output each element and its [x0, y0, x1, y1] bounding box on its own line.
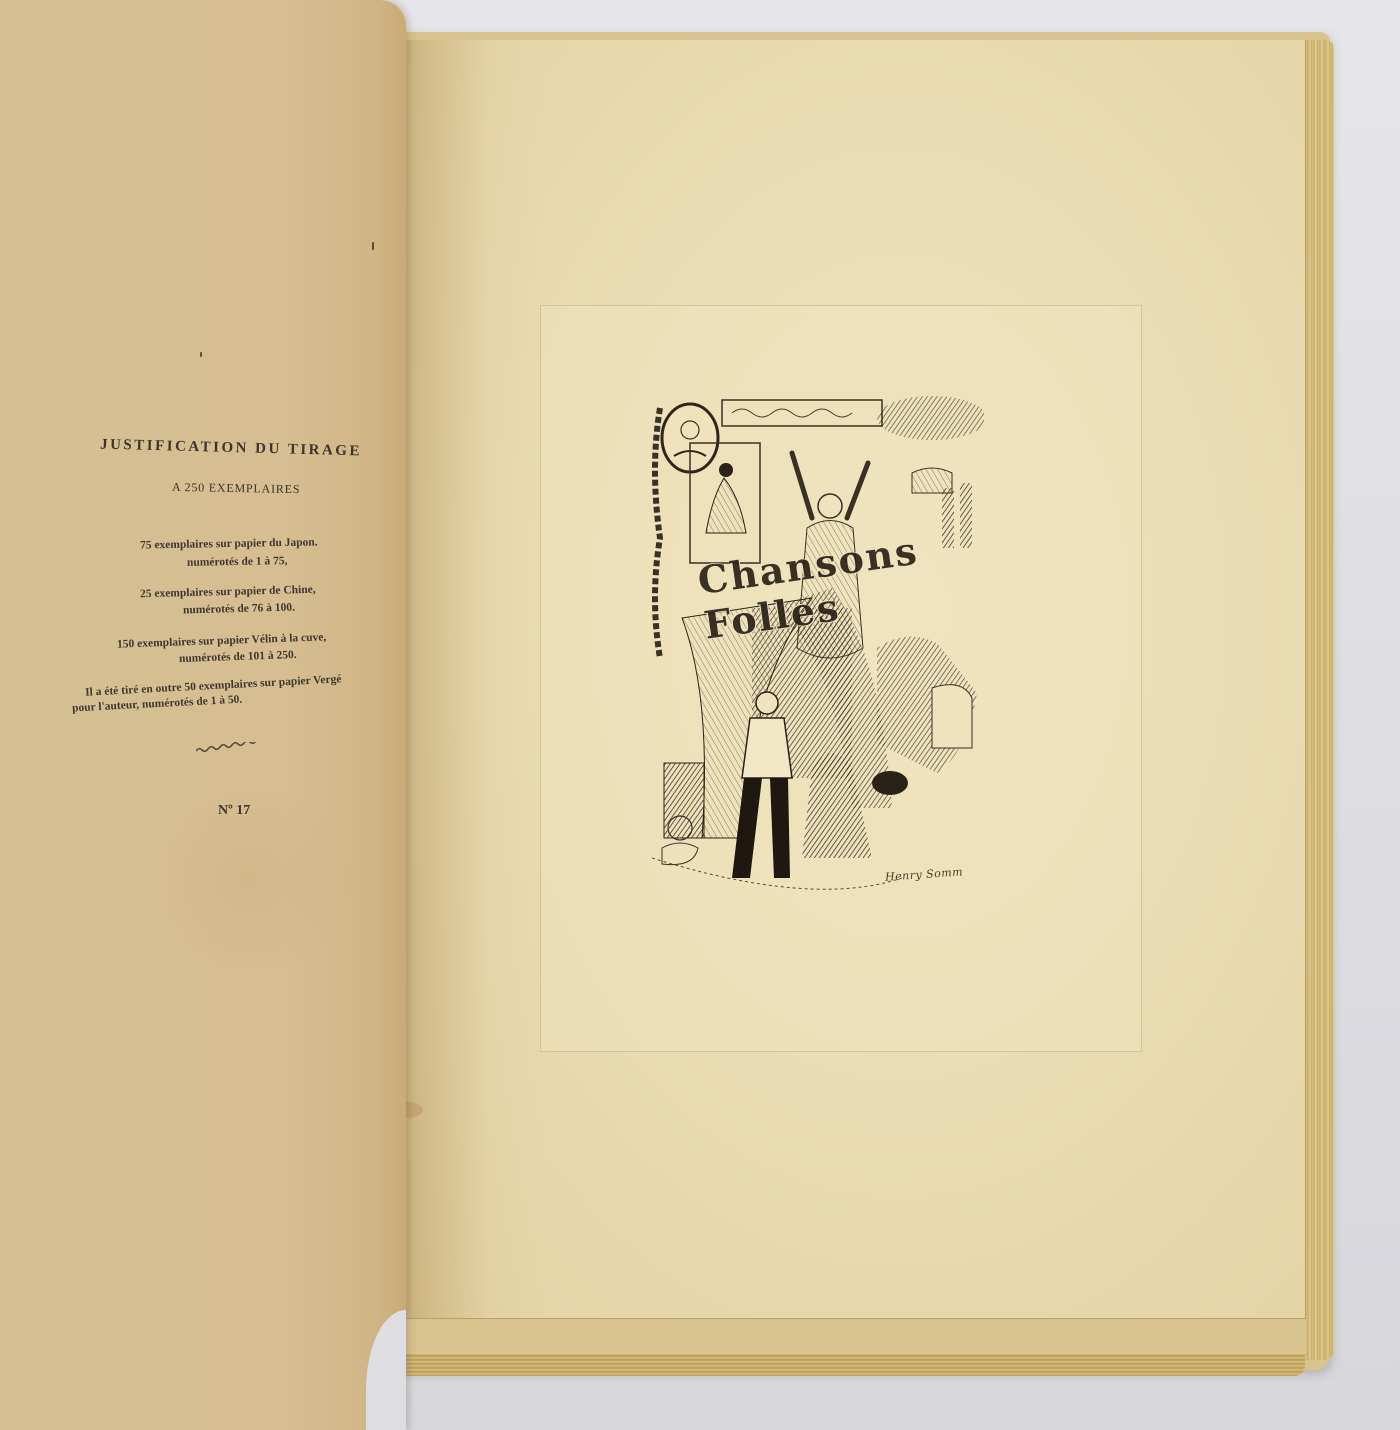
- frontispiece-etching: [642, 378, 984, 893]
- ink-speck: [200, 352, 202, 357]
- edition-line: 75 exemplaires sur papier du Japon.: [140, 536, 318, 551]
- copy-number: Nº 17: [218, 803, 250, 819]
- etching-illustration-icon: [642, 378, 984, 893]
- ornamental-squiggle-icon: [196, 742, 282, 754]
- gutter-shadow: [405, 40, 545, 1318]
- justification-title: JUSTIFICATION DU TIRAGE: [100, 437, 362, 461]
- left-page-flyleaf: JUSTIFICATION DU TIRAGE A 250 EXEMPLAIRE…: [0, 0, 406, 1430]
- edition-line: numérotés de 76 à 100.: [183, 602, 295, 617]
- justification-subtitle: A 250 EXEMPLAIRES: [172, 480, 301, 497]
- edition-line: 150 exemplaires sur papier Vélin à la cu…: [117, 631, 327, 650]
- edition-line: 25 exemplaires sur papier de Chine,: [140, 584, 316, 601]
- fore-edge-pages: [1306, 40, 1334, 1360]
- ink-speck: [372, 242, 374, 250]
- bottom-edge-pages: [395, 1354, 1305, 1376]
- edition-line: numérotés de 1 à 75,: [187, 555, 288, 569]
- edition-line: numérotés de 101 à 250.: [179, 649, 297, 665]
